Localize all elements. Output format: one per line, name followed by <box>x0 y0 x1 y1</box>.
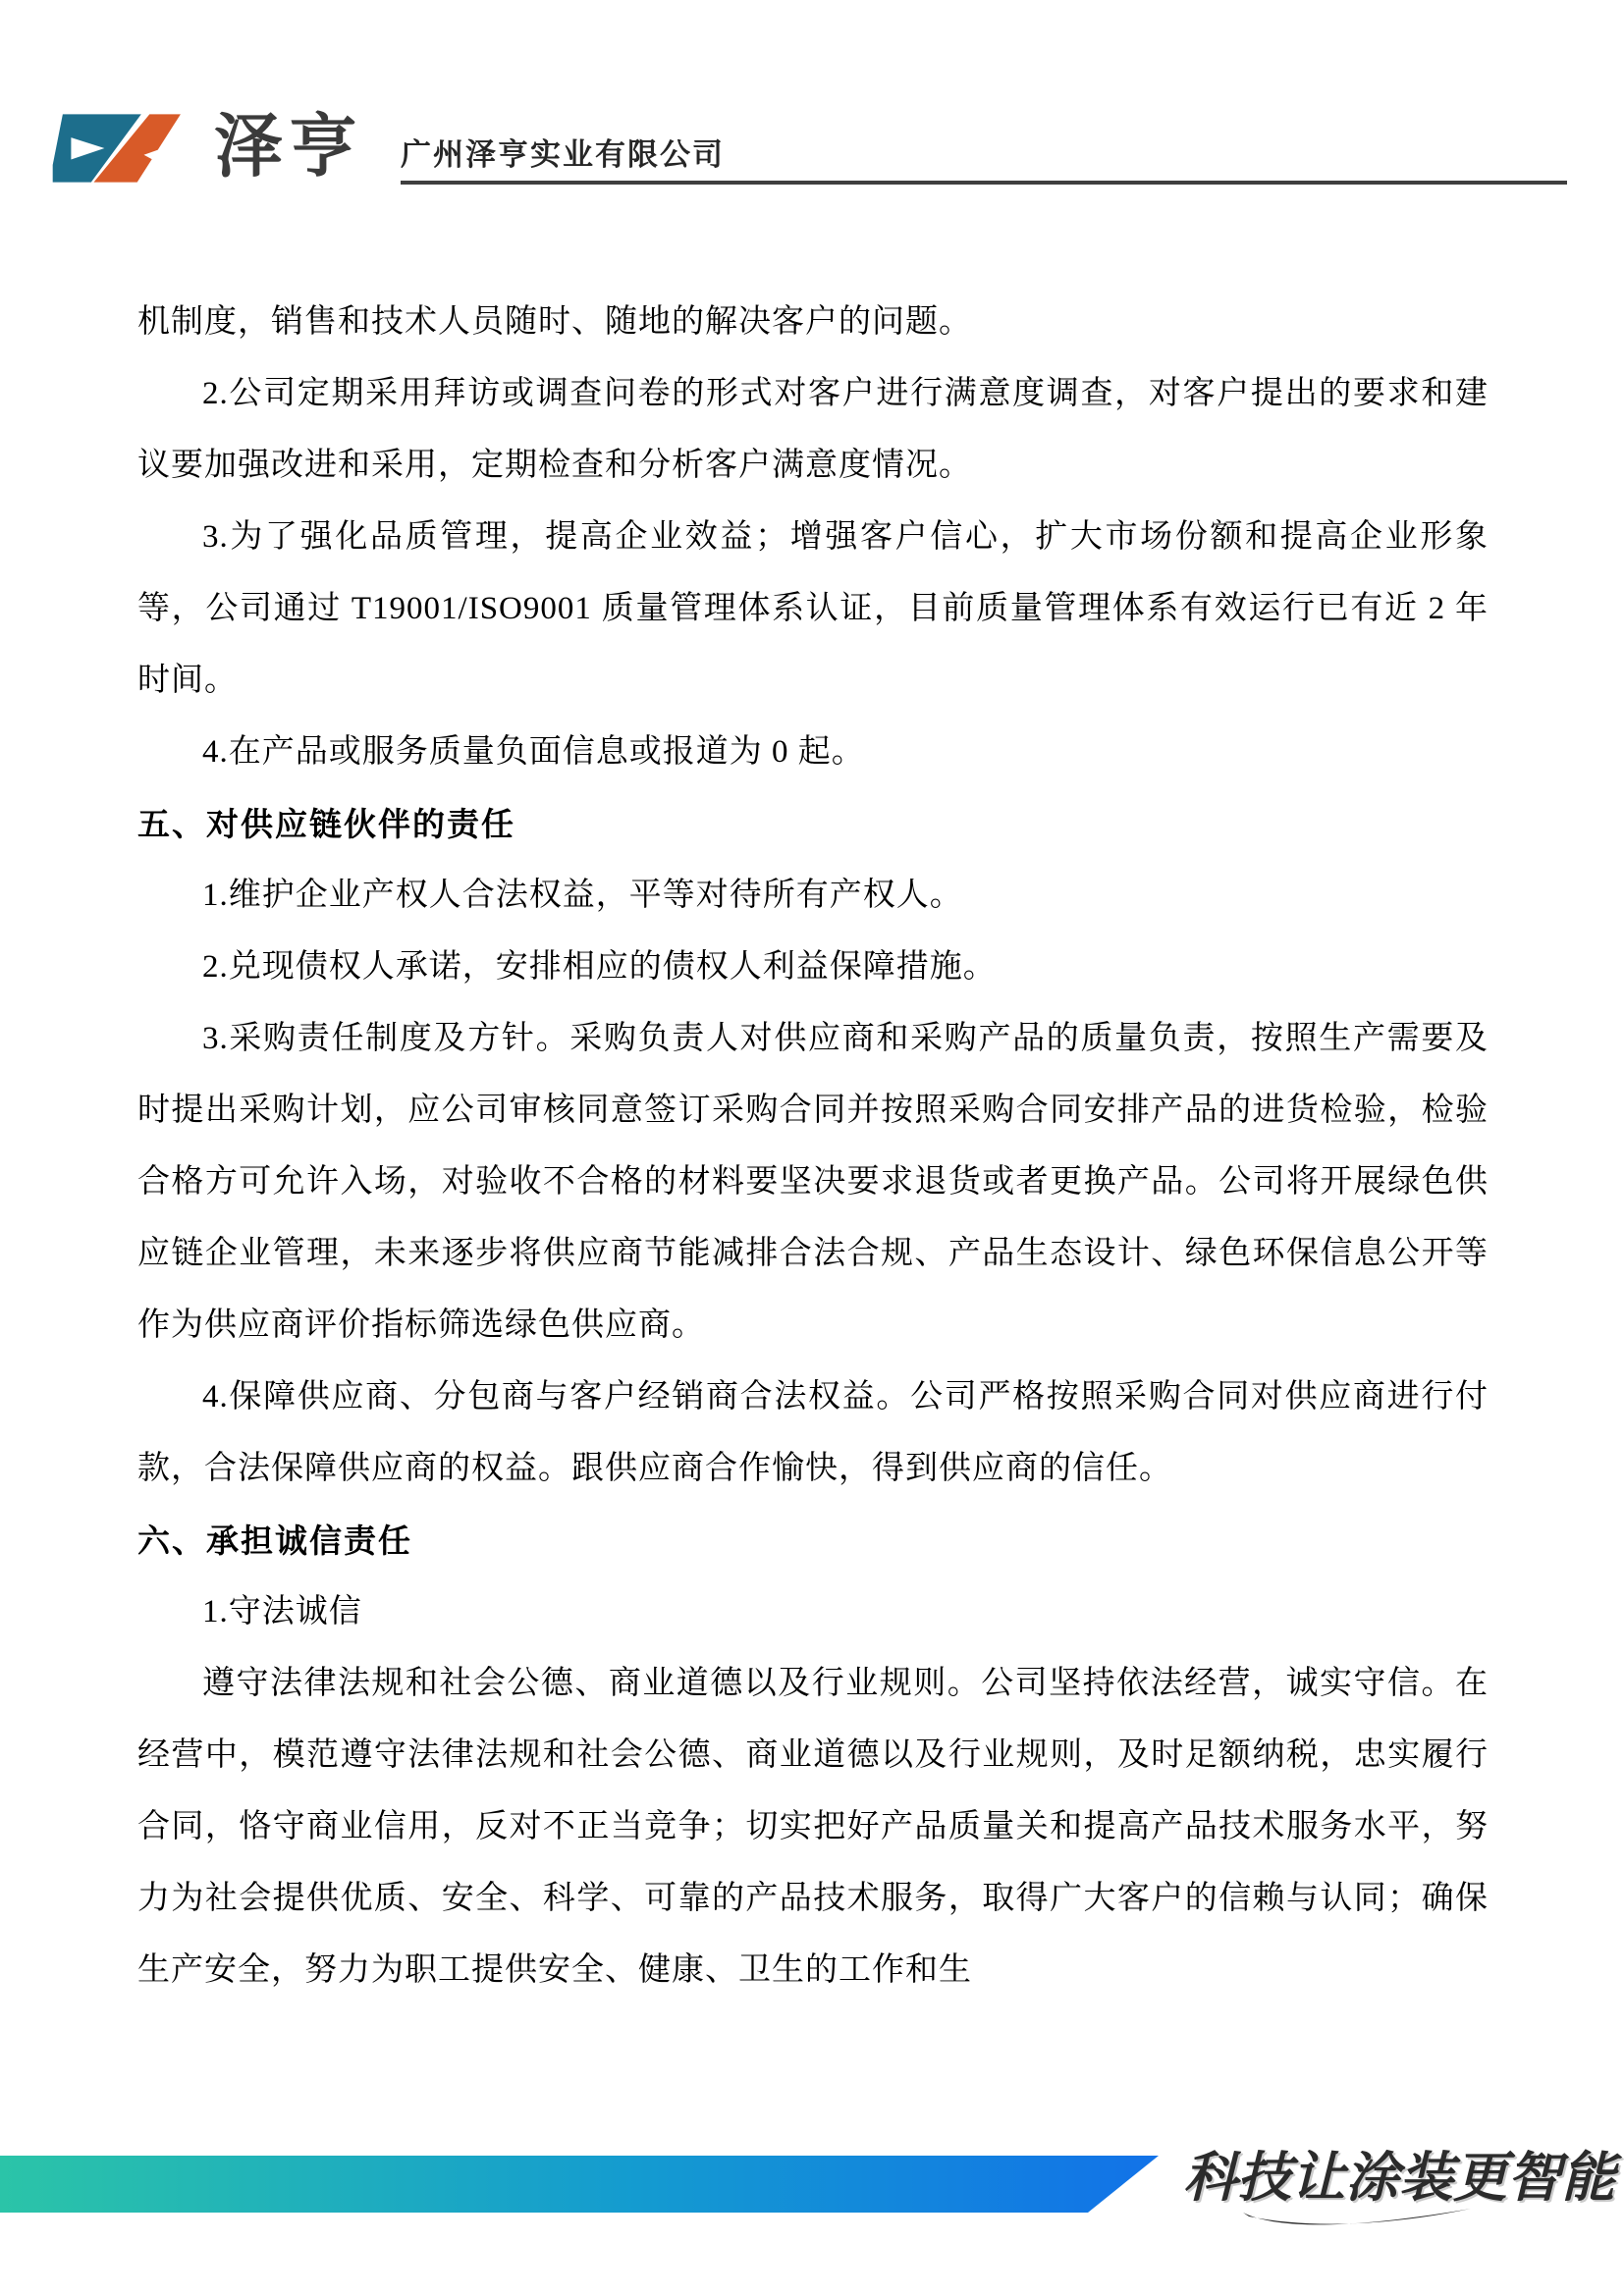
body-paragraph: 2.兑现债权人承诺，安排相应的债权人利益保障措施。 <box>137 932 1489 1003</box>
body-paragraph: 4.在产品或服务质量负面信息或报道为 0 起。 <box>137 717 1489 788</box>
section-heading: 五、对供应链伙伴的责任 <box>137 788 1489 860</box>
body-paragraph: 1.守法诚信 <box>137 1576 1489 1648</box>
brush-swoosh-icon <box>1239 2205 1475 2232</box>
document-page: 泽亨 广州泽亨实业有限公司 机制度，销售和技术人员随时、随地的解决客户的问题。2… <box>0 0 1624 2296</box>
footer-slogan: 科技让涂装更智能 <box>1183 2146 1596 2211</box>
company-name: 广州泽亨实业有限公司 <box>401 135 725 175</box>
document-body: 机制度，销售和技术人员随时、随地的解决客户的问题。2.公司定期采用拜访或调查问卷… <box>137 287 1489 2006</box>
header-divider <box>401 181 1567 185</box>
brand-name: 泽亨 <box>214 102 363 190</box>
body-paragraph: 2.公司定期采用拜访或调查问卷的形式对客户进行满意度调查，对客户提出的要求和建议… <box>137 358 1489 502</box>
section-heading: 六、承担诚信责任 <box>137 1505 1489 1576</box>
body-paragraph: 机制度，销售和技术人员随时、随地的解决客户的问题。 <box>137 287 1489 358</box>
body-paragraph: 3.采购责任制度及方针。采购负责人对供应商和采购产品的质量负责，按照生产需要及时… <box>137 1003 1489 1362</box>
body-paragraph: 3.为了强化品质管理，提高企业效益；增强客户信心，扩大市场份额和提高企业形象等，… <box>137 502 1489 717</box>
body-paragraph: 1.维护企业产权人合法权益，平等对待所有产权人。 <box>137 860 1489 932</box>
zeheng-logo-icon <box>51 110 185 187</box>
body-paragraph: 4.保障供应商、分包商与客户经销商合法权益。公司严格按照采购合同对供应商进行付款… <box>137 1362 1489 1505</box>
body-paragraph: 遵守法律法规和社会公德、商业道德以及行业规则。公司坚持依法经营，诚实守信。在经营… <box>137 1648 1489 2006</box>
footer-gradient-bar <box>0 2156 1159 2213</box>
